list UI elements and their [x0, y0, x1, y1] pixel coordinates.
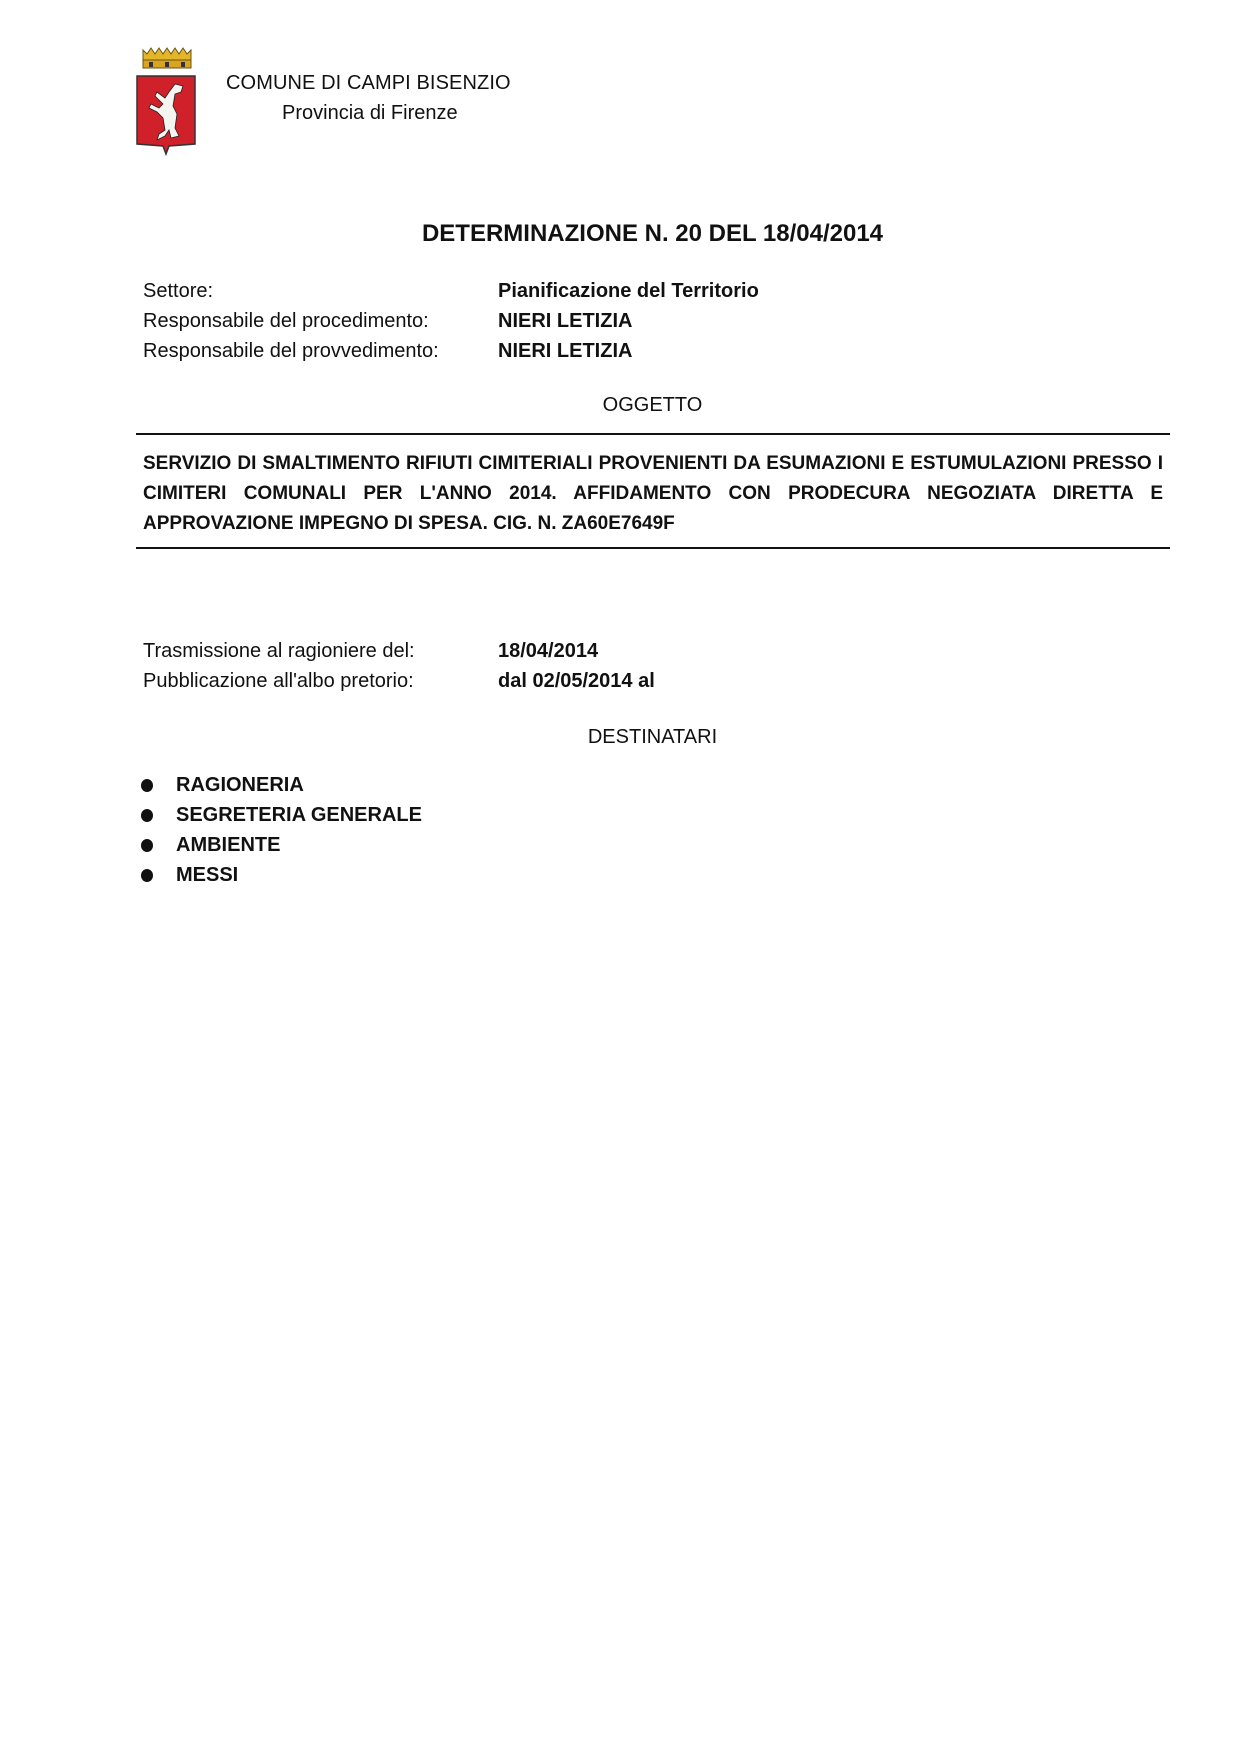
divider-bottom	[136, 547, 1170, 549]
bullet-icon	[141, 839, 153, 852]
destinatari-list: RAGIONERIA SEGRETERIA GENERALE AMBIENTE …	[141, 770, 422, 890]
meta-row-pubblicazione: Pubblicazione all'albo pretorio: dal 02/…	[143, 666, 655, 696]
destinatario: MESSI	[176, 860, 238, 890]
list-item: SEGRETERIA GENERALE	[141, 800, 422, 830]
destinatario: RAGIONERIA	[176, 770, 304, 800]
meta-row-responsabile-provvedimento: Responsabile del provvedimento: NIERI LE…	[143, 336, 759, 366]
document-title: DETERMINAZIONE N. 20 DEL 18/04/2014	[0, 220, 1240, 248]
meta-label: Pubblicazione all'albo pretorio:	[143, 666, 498, 696]
meta-value: NIERI LETIZIA	[498, 306, 632, 336]
meta-row-responsabile-procedimento: Responsabile del procedimento: NIERI LET…	[143, 306, 759, 336]
meta-row-trasmissione: Trasmissione al ragioniere del: 18/04/20…	[143, 636, 655, 666]
list-item: RAGIONERIA	[141, 770, 422, 800]
meta-value: 18/04/2014	[498, 636, 598, 666]
list-item: MESSI	[141, 860, 422, 890]
meta-label: Responsabile del procedimento:	[143, 306, 498, 336]
bullet-icon	[141, 809, 153, 822]
meta-label: Settore:	[143, 276, 498, 306]
meta-label: Responsabile del provvedimento:	[143, 336, 498, 366]
oggetto-heading: OGGETTO	[0, 394, 1240, 417]
destinatario: AMBIENTE	[176, 830, 280, 860]
bullet-icon	[141, 869, 153, 882]
meta-value: NIERI LETIZIA	[498, 336, 632, 366]
meta-value: dal 02/05/2014 al	[498, 666, 655, 696]
meta-row-settore: Settore: Pianificazione del Territorio	[143, 276, 759, 306]
destinatari-heading: DESTINATARI	[0, 726, 1240, 749]
organization-province: Provincia di Firenze	[282, 102, 458, 125]
meta-value: Pianificazione del Territorio	[498, 276, 759, 306]
organization-name: COMUNE DI CAMPI BISENZIO	[226, 72, 511, 95]
meta-label: Trasmissione al ragioniere del:	[143, 636, 498, 666]
list-item: AMBIENTE	[141, 830, 422, 860]
bullet-icon	[141, 779, 153, 792]
publication-metadata: Trasmissione al ragioniere del: 18/04/20…	[143, 636, 655, 696]
oggetto-text: SERVIZIO DI SMALTIMENTO RIFIUTI CIMITERI…	[143, 449, 1163, 539]
divider-top	[136, 433, 1170, 435]
coat-of-arms-icon	[135, 46, 197, 156]
destinatario: SEGRETERIA GENERALE	[176, 800, 422, 830]
document-metadata: Settore: Pianificazione del Territorio R…	[143, 276, 759, 366]
